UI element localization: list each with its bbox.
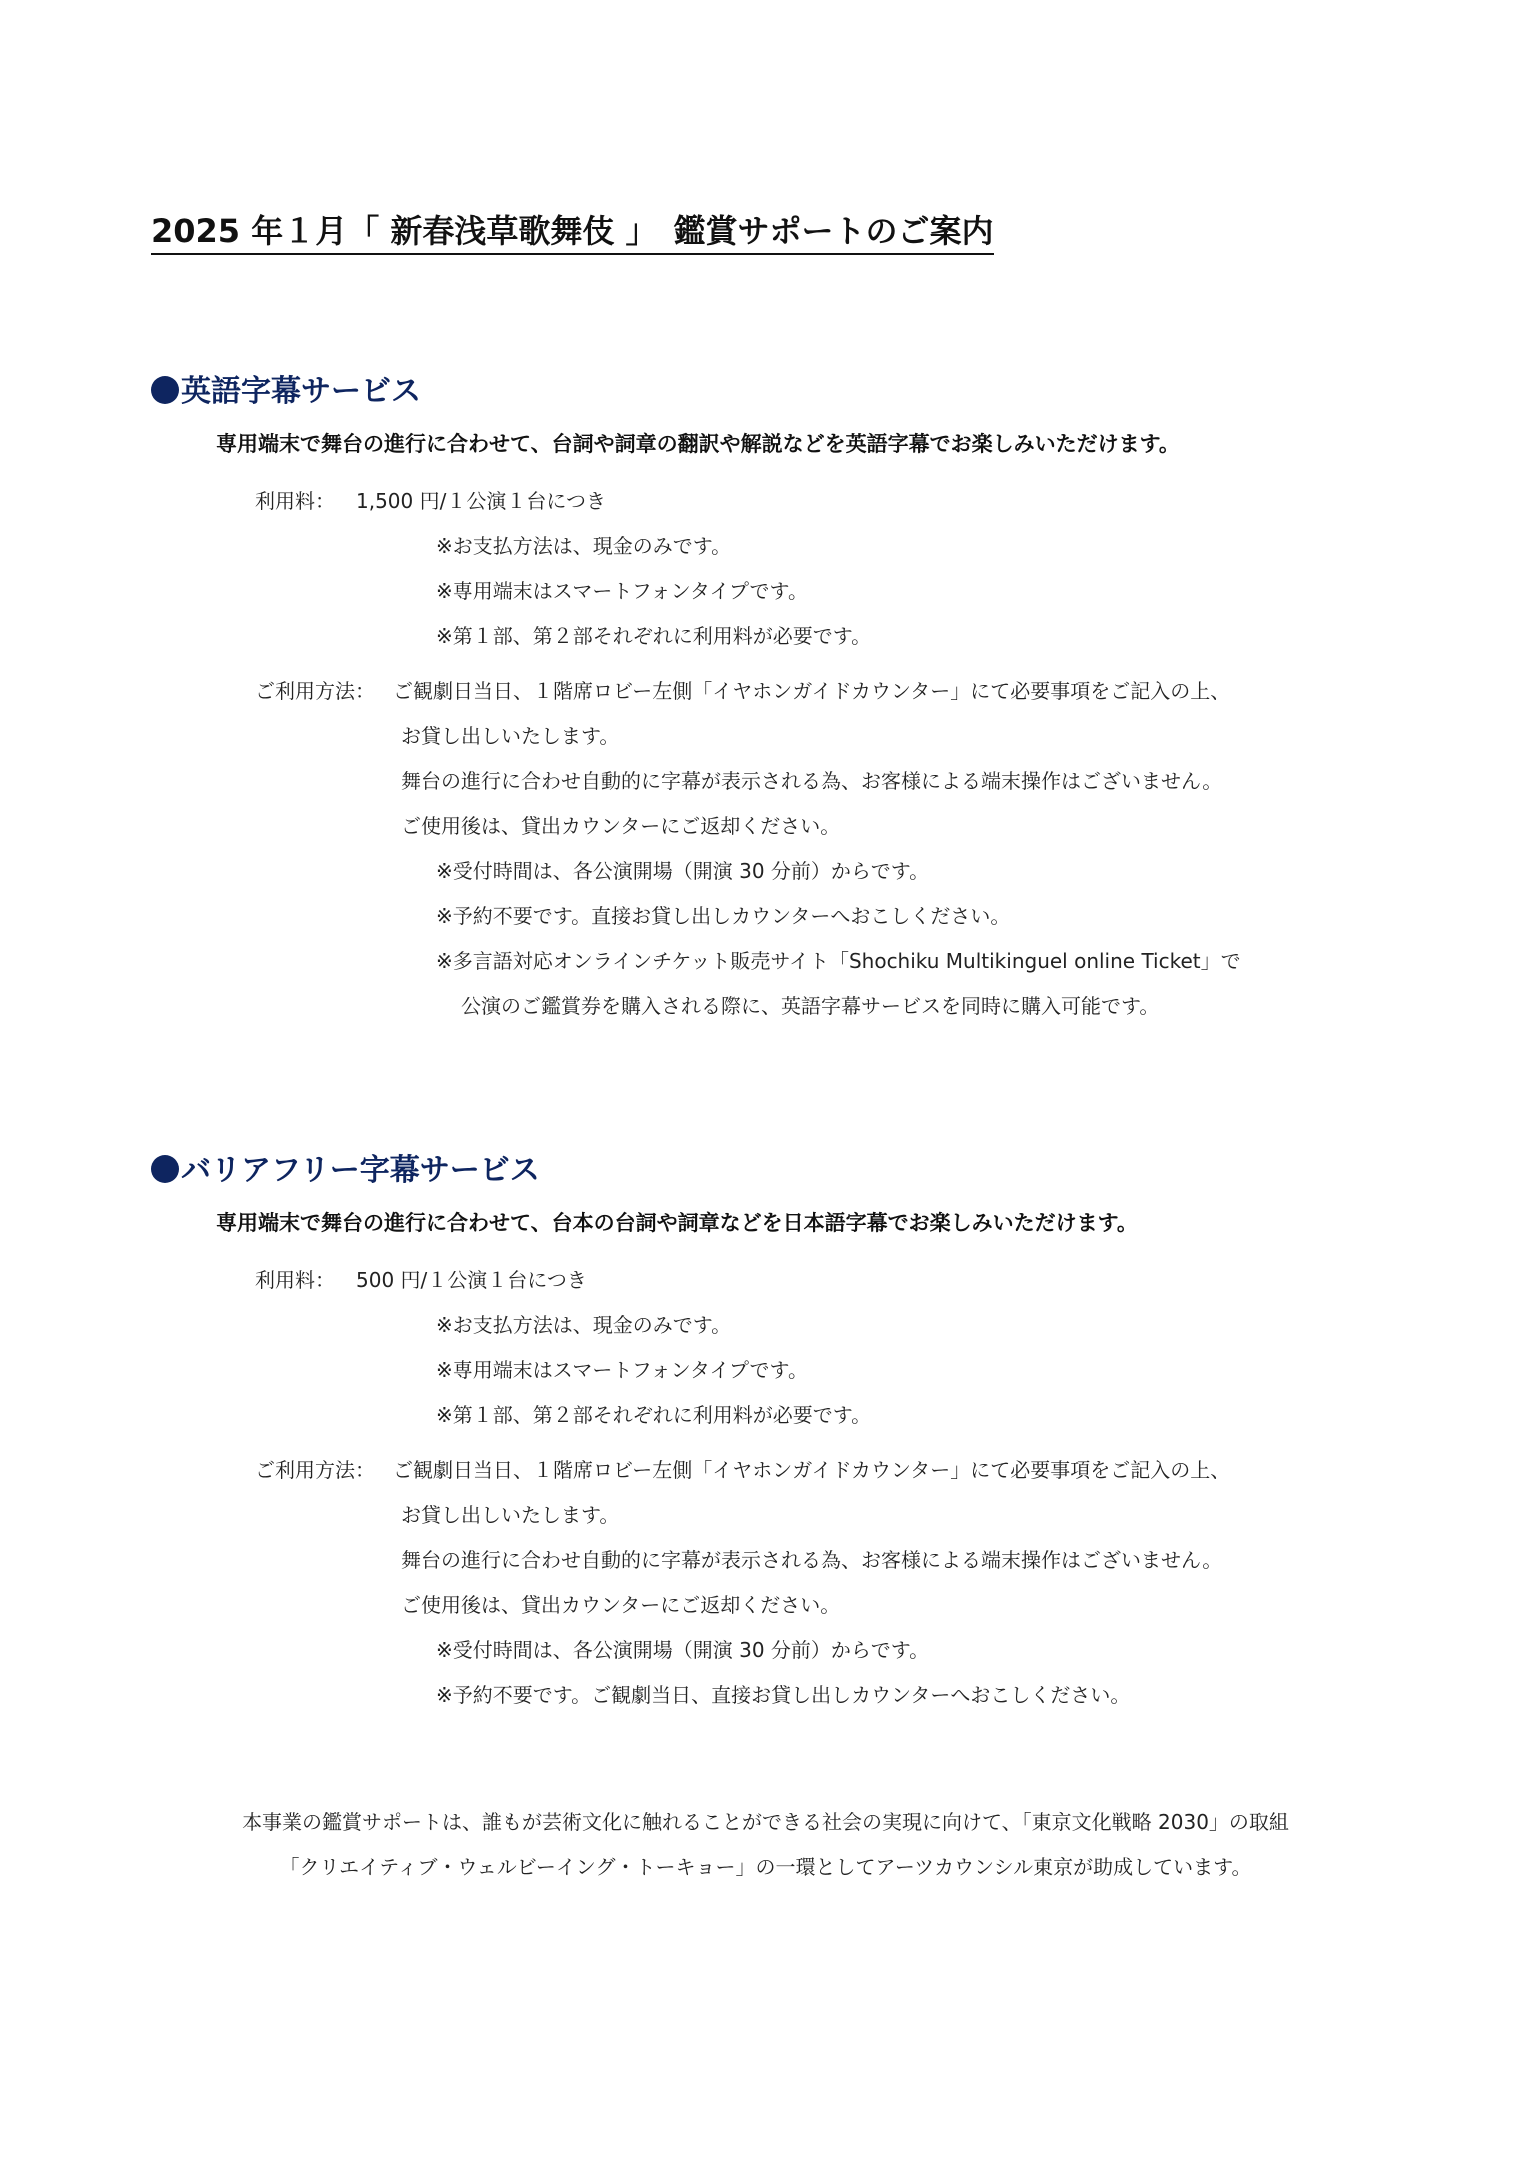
usage-text: ご使用後は、貸出カウンターにご返却ください。 — [401, 811, 840, 841]
section-heading-barrier-free-subtitles: バリアフリー字幕サービス — [151, 1152, 540, 1190]
usage-label: ご利用方法： — [255, 1455, 375, 1485]
bullet-icon — [151, 1155, 179, 1183]
section-heading-text: 英語字幕サービス — [181, 374, 421, 409]
section-heading-english-subtitles: 英語字幕サービス — [151, 373, 421, 411]
footer-line: 本事業の鑑賞サポートは、誰もが芸術文化に触れることができる社会の実現に向けて、「… — [0, 1807, 1531, 1837]
fee-value: 1,500 円/１公演１台につき — [356, 486, 606, 516]
usage-note: ※予約不要です。直接お貸し出しカウンターへおこしください。 — [436, 901, 1010, 931]
fee-note: ※専用端末はスマートフォンタイプです。 — [436, 1355, 808, 1385]
bullet-icon — [151, 376, 179, 404]
usage-label: ご利用方法： — [255, 676, 375, 706]
usage-note: ※多言語対応オンラインチケット販売サイト「Shochiku Multikingu… — [436, 946, 1241, 976]
fee-value: 500 円/１公演１台につき — [356, 1265, 587, 1295]
fee-note: ※お支払方法は、現金のみです。 — [436, 531, 731, 561]
fee-note: ※専用端末はスマートフォンタイプです。 — [436, 576, 808, 606]
fee-note: ※お支払方法は、現金のみです。 — [436, 1310, 731, 1340]
document-title: 2025 年１月「 新春浅草歌舞伎 」 鑑賞サポートのご案内 — [151, 211, 994, 255]
usage-text: 舞台の進行に合わせ自動的に字幕が表示される為、お客様による端末操作はございません… — [401, 1545, 1222, 1575]
usage-text: ご使用後は、貸出カウンターにご返却ください。 — [401, 1590, 840, 1620]
usage-text: お貸し出しいたします。 — [401, 1500, 619, 1530]
section-heading-text: バリアフリー字幕サービス — [181, 1153, 540, 1188]
usage-text: お貸し出しいたします。 — [401, 721, 619, 751]
section-lead: 専用端末で舞台の進行に合わせて、台本の台詞や詞章などを日本語字幕でお楽しみいただ… — [216, 1208, 1138, 1238]
fee-label: 利用料： — [255, 1265, 335, 1295]
fee-note: ※第１部、第２部それぞれに利用料が必要です。 — [436, 621, 871, 651]
usage-text: ご観劇日当日、１階席ロビー左側「イヤホンガイドカウンター」にて必要事項をご記入の… — [393, 1455, 1230, 1485]
section-lead: 専用端末で舞台の進行に合わせて、台詞や詞章の翻訳や解説などを英語字幕でお楽しみい… — [216, 429, 1180, 459]
usage-note: ※受付時間は、各公演開場（開演 30 分前）からです。 — [436, 856, 929, 886]
footer-line: 「クリエイティブ・ウェルビーイング・トーキョー」の一環としてアーツカウンシル東京… — [0, 1852, 1531, 1882]
fee-note: ※第１部、第２部それぞれに利用料が必要です。 — [436, 1400, 871, 1430]
usage-note: 公演のご鑑賞券を購入される際に、英語字幕サービスを同時に購入可能です。 — [461, 991, 1159, 1021]
usage-text: ご観劇日当日、１階席ロビー左側「イヤホンガイドカウンター」にて必要事項をご記入の… — [393, 676, 1230, 706]
usage-note: ※予約不要です。ご観劇当日、直接お貸し出しカウンターへおこしください。 — [436, 1680, 1130, 1710]
usage-note: ※受付時間は、各公演開場（開演 30 分前）からです。 — [436, 1635, 929, 1665]
usage-text: 舞台の進行に合わせ自動的に字幕が表示される為、お客様による端末操作はございません… — [401, 766, 1222, 796]
fee-label: 利用料： — [255, 486, 335, 516]
document-page: 2025 年１月「 新春浅草歌舞伎 」 鑑賞サポートのご案内 英語字幕サービス … — [0, 0, 1531, 2166]
